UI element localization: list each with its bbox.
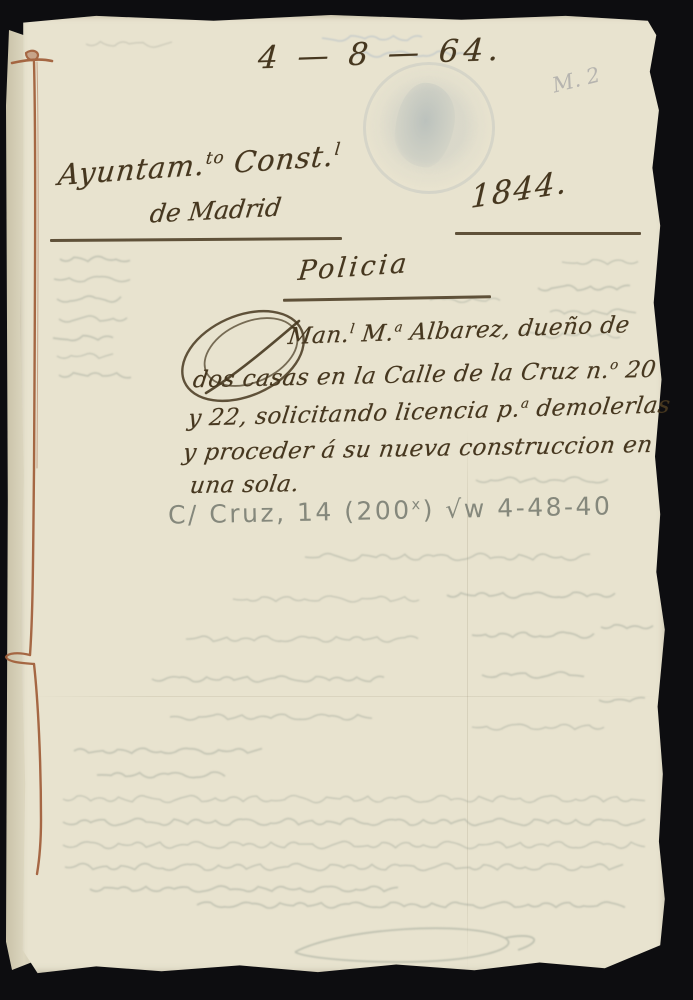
embossed-seal-stamp	[363, 62, 495, 194]
year-underline	[455, 232, 641, 235]
scanned-document-view: 4 — 8 — 64. M. 2 Ayuntam.to Const.l de M…	[0, 0, 693, 1000]
body-line: una sola.	[188, 471, 301, 499]
